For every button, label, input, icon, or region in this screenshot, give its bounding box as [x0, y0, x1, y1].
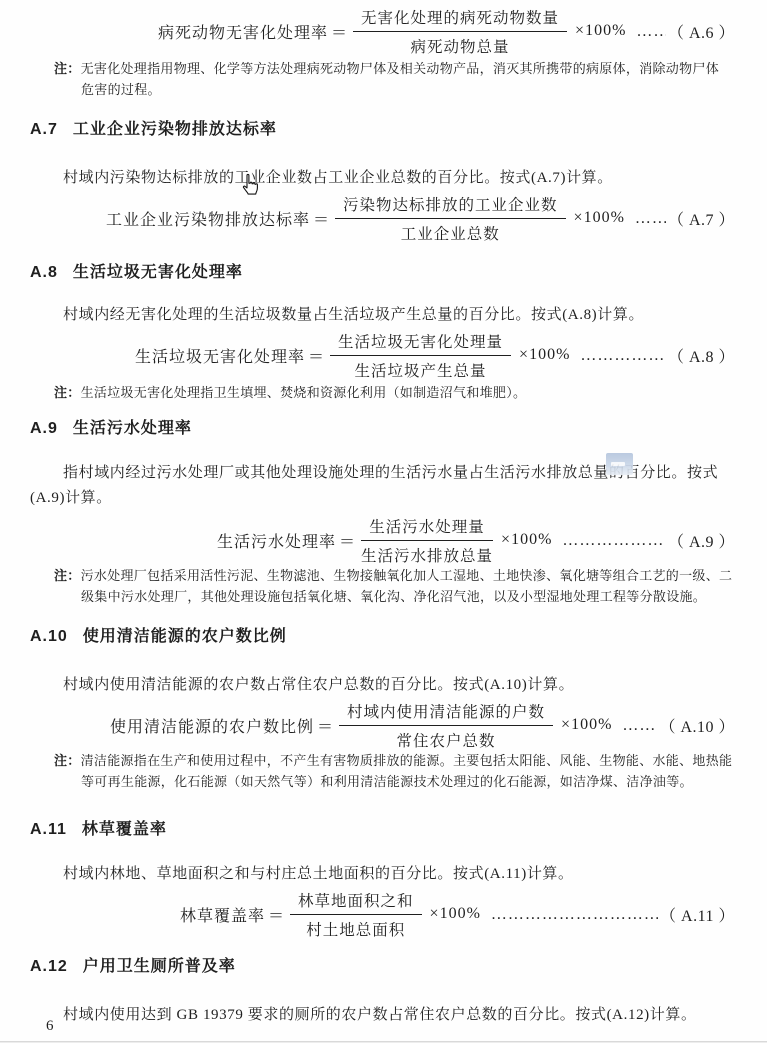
formula-a8-lhs: 生活垃圾无害化处理率 — [135, 344, 305, 367]
section-heading-a11: A.11 林草覆盖率 — [30, 820, 735, 840]
formula-a6-fraction: 无害化处理的病死动物数量 病死动物总量 — [353, 6, 567, 57]
formula-a7-numerator: 污染物达标排放的工业企业数 — [335, 193, 566, 219]
section-title-a11: 林草覆盖率 — [82, 820, 167, 840]
para-a12: 村域内使用达到 GB 19379 要求的厕所的农户数占常住农户总数的百分比。按式… — [30, 1003, 735, 1028]
formula-a10-lhs: 使用清洁能源的农户数比例 — [110, 714, 314, 737]
note-a9-line1: 污水处理厂包括采用活性污泥、生物滤池、生物接触氧化加人工湿地、土地快渗、氧化塘等… — [81, 568, 733, 583]
equals-sign: ＝ — [313, 207, 329, 230]
equals-sign: ＝ — [268, 903, 284, 926]
formula-a9-denominator: 生活污水排放总量 — [361, 541, 493, 566]
formula-a8-numerator: 生活垃圾无害化处理量 — [330, 330, 511, 356]
section-number-a7: A.7 — [30, 120, 58, 140]
formula-a6: 病死动物无害化处理率 ＝ 无害化处理的病死动物数量 病死动物总量 ×100% …… — [30, 6, 735, 56]
equals-sign: ＝ — [339, 529, 355, 552]
equation-number-a6: （ A.6 ） — [668, 20, 735, 43]
section-number-a11: A.11 — [30, 820, 67, 840]
document-page: 病死动物无害化处理率 ＝ 无害化处理的病死动物数量 病死动物总量 ×100% …… — [0, 6, 767, 1043]
dot-leader: ……………………………………………………………………………… — [562, 532, 666, 550]
section-title-a8: 生活垃圾无害化处理率 — [73, 263, 243, 283]
section-heading-a8: A.8 生活垃圾无害化处理率 — [30, 263, 735, 283]
note-a9: 注：污水处理厂包括采用活性污泥、生物滤池、生物接触氧化加人工湿地、土地快渗、氧化… — [54, 565, 735, 607]
multiplier: ×100% — [519, 346, 570, 364]
multiplier: ×100% — [575, 22, 626, 40]
note-label: 注： — [54, 753, 81, 768]
section-heading-a7: A.7 工业企业污染物排放达标率 — [30, 120, 735, 140]
note-a6-line2: 危害的过程。 — [54, 79, 735, 100]
watermark-logo — [606, 453, 633, 475]
section-title-a9: 生活污水处理率 — [73, 419, 192, 439]
note-label: 注： — [54, 568, 81, 583]
formula-a11-denominator: 村土地总面积 — [306, 915, 405, 940]
formula-a8: 生活垃圾无害化处理率 ＝ 生活垃圾无害化处理量 生活垃圾产生总量 ×100% …… — [30, 330, 735, 380]
equals-sign: ＝ — [331, 20, 347, 43]
formula-a9: 生活污水处理率 ＝ 生活污水处理量 生活污水排放总量 ×100% …………………… — [30, 515, 735, 565]
formula-a6-lhs: 病死动物无害化处理率 — [158, 20, 328, 43]
note-label: 注： — [54, 385, 81, 400]
section-number-a8: A.8 — [30, 263, 58, 283]
equals-sign: ＝ — [317, 714, 333, 737]
multiplier: ×100% — [501, 531, 552, 549]
section-number-a9: A.9 — [30, 419, 58, 439]
formula-a11-fraction: 林草地面积之和 村土地总面积 — [290, 889, 422, 940]
formula-a10-fraction: 村域内使用清洁能源的户数 常住农户总数 — [339, 700, 553, 751]
formula-a6-denominator: 病死动物总量 — [411, 32, 510, 57]
section-title-a12: 户用卫生厕所普及率 — [83, 957, 236, 977]
formula-a11: 林草覆盖率 ＝ 林草地面积之和 村土地总面积 ×100% ……………………………… — [30, 889, 735, 939]
para-a11: 村域内林地、草地面积之和与村庄总土地面积的百分比。按式(A.11)计算。 — [30, 862, 735, 887]
equation-number-a8: （ A.8 ） — [668, 344, 735, 367]
multiplier: ×100% — [561, 716, 612, 734]
dot-leader: ……………………………………………………………………………… — [580, 347, 666, 365]
formula-a7-fraction: 污染物达标排放的工业企业数 工业企业总数 — [335, 193, 566, 244]
formula-a7: 工业企业污染物排放达标率 ＝ 污染物达标排放的工业企业数 工业企业总数 ×100… — [30, 193, 735, 243]
para-a9-line2: (A.9)计算。 — [30, 486, 735, 511]
formula-a8-denominator: 生活垃圾产生总量 — [355, 356, 487, 381]
dot-leader: ……………………………………………………………………………… — [636, 23, 666, 41]
equation-number-a10: （ A.10 ） — [659, 714, 735, 737]
note-a10-line2: 等可再生能源，化石能源（如天然气等）和利用清洁能源技术处理过的化石能源，如洁净煤… — [54, 771, 735, 792]
note-a6: 注：无害化处理指用物理、化学等方法处理病死动物尸体及相关动物产品，消灭其所携带的… — [54, 58, 735, 100]
note-a8: 注：生活垃圾无害化处理指卫生填埋、焚烧和资源化利用（如制造沼气和堆肥）。 — [54, 382, 735, 403]
note-a10-line1: 清洁能源指在生产和使用过程中，不产生有害物质排放的能源。主要包括太阳能、风能、生… — [81, 753, 733, 768]
note-label: 注： — [54, 61, 81, 76]
formula-a10-numerator: 村域内使用清洁能源的户数 — [339, 700, 553, 726]
para-a10: 村域内使用清洁能源的农户数占常住农户总数的百分比。按式(A.10)计算。 — [30, 673, 735, 698]
equation-number-a9: （ A.9 ） — [668, 529, 735, 552]
note-a8-line1: 生活垃圾无害化处理指卫生填埋、焚烧和资源化利用（如制造沼气和堆肥）。 — [81, 385, 527, 400]
section-number-a12: A.12 — [30, 957, 68, 977]
section-title-a7: 工业企业污染物排放达标率 — [73, 120, 277, 140]
equation-number-a7: （ A.7 ） — [668, 207, 735, 230]
section-heading-a12: A.12 户用卫生厕所普及率 — [30, 957, 735, 977]
hand-pointer-cursor-icon — [236, 172, 262, 198]
formula-a9-lhs: 生活污水处理率 — [217, 529, 336, 552]
section-title-a10: 使用清洁能源的农户数比例 — [83, 627, 287, 647]
section-heading-a9: A.9 生活污水处理率 — [30, 419, 735, 439]
para-a8: 村域内经无害化处理的生活垃圾数量占生活垃圾产生总量的百分比。按式(A.8)计算。 — [30, 303, 735, 328]
formula-a10-denominator: 常住农户总数 — [397, 726, 496, 751]
equals-sign: ＝ — [308, 344, 324, 367]
multiplier: ×100% — [430, 905, 481, 923]
dot-leader: ……………………………………………………………………………… — [635, 210, 666, 228]
formula-a9-fraction: 生活污水处理量 生活污水排放总量 — [361, 515, 493, 566]
dot-leader: ……………………………………………………………………………… — [491, 906, 658, 924]
formula-a10: 使用清洁能源的农户数比例 ＝ 村域内使用清洁能源的户数 常住农户总数 ×100%… — [30, 700, 735, 750]
multiplier: ×100% — [574, 209, 625, 227]
equation-number-a11: （ A.11 ） — [660, 903, 735, 926]
formula-a9-numerator: 生活污水处理量 — [361, 515, 493, 541]
formula-a8-fraction: 生活垃圾无害化处理量 生活垃圾产生总量 — [330, 330, 511, 381]
formula-a11-numerator: 林草地面积之和 — [290, 889, 422, 915]
formula-a11-lhs: 林草覆盖率 — [180, 903, 265, 926]
note-a10: 注：清洁能源指在生产和使用过程中，不产生有害物质排放的能源。主要包括太阳能、风能… — [54, 750, 735, 792]
section-heading-a10: A.10 使用清洁能源的农户数比例 — [30, 627, 735, 647]
formula-a6-numerator: 无害化处理的病死动物数量 — [353, 6, 567, 32]
dot-leader: ……………………………………………………………………………… — [622, 717, 657, 735]
note-a9-line2: 级集中污水处理厂，其他处理设施包括氧化塘、氧化沟、净化沼气池，以及小型湿地处理工… — [54, 586, 735, 607]
para-a7: 村域内污染物达标排放的工业企业数占工业企业总数的百分比。按式(A.7)计算。 — [30, 166, 735, 191]
formula-a7-lhs: 工业企业污染物排放达标率 — [106, 207, 310, 230]
note-a6-line1: 无害化处理指用物理、化学等方法处理病死动物尸体及相关动物产品，消灭其所携带的病原… — [81, 61, 719, 76]
formula-a7-denominator: 工业企业总数 — [401, 219, 500, 244]
section-number-a10: A.10 — [30, 627, 68, 647]
page-number: 6 — [46, 1018, 54, 1035]
